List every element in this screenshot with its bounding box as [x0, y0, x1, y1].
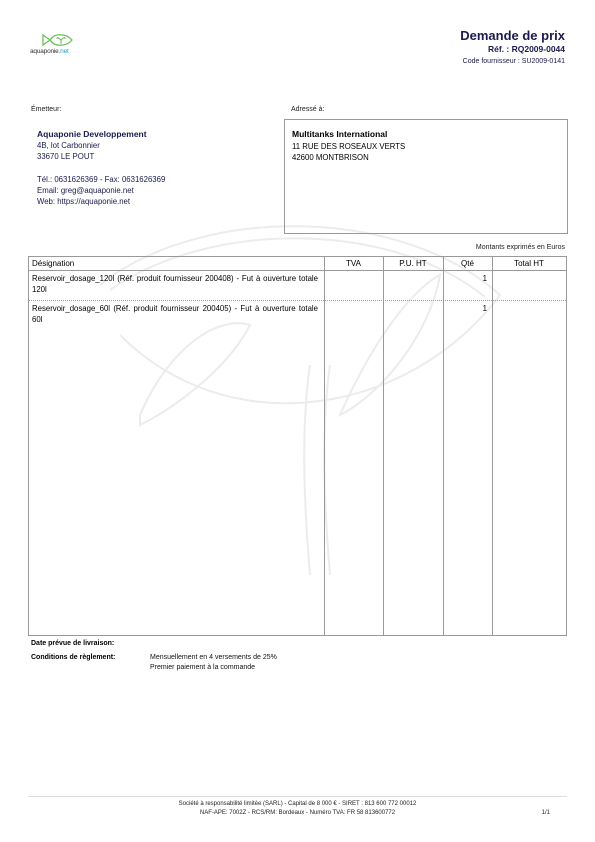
fish-sprout-icon	[42, 32, 74, 48]
table-header: Désignation TVA P.U. HT Qté Total HT	[29, 257, 566, 271]
header-total: Total HT	[492, 259, 566, 268]
recipient-name: Multitanks International	[292, 129, 387, 139]
recipient-label: Adressé à:	[291, 106, 324, 113]
sender-label: Émetteur:	[31, 106, 61, 113]
row-designation: Reservoir_dosage_60l (Réf. produit fourn…	[32, 304, 318, 325]
payment-terms-line2: Premier paiement à la commande	[150, 664, 255, 671]
sender-name: Aquaponie Developpement	[37, 129, 147, 139]
company-logo: aquaponie.net	[30, 30, 90, 58]
logo-brand-text: aquaponie.net	[30, 48, 69, 55]
sender-box: Aquaponie Developpement 4B, lot Carbonni…	[30, 120, 276, 220]
header-tva: TVA	[324, 259, 383, 268]
header-unit-price: P.U. HT	[383, 259, 443, 268]
payment-terms-label: Conditions de règlement:	[31, 654, 115, 661]
recipient-box: Multitanks International 11 RUE DES ROSE…	[284, 119, 568, 234]
row-qty: 1	[467, 304, 487, 313]
header-qty: Qté	[443, 259, 492, 268]
recipient-address-line2: 42600 MONTBRISON	[292, 153, 369, 162]
page-number: 1/1	[542, 810, 550, 816]
document-title: Demande de prix	[460, 28, 565, 43]
footer-divider	[28, 796, 567, 797]
table-row: Reservoir_dosage_60l (Réf. produit fourn…	[29, 301, 566, 330]
supplier-code: Code fournisseur : SU2009-0141	[463, 58, 565, 65]
footer-legal-line2: NAF-APE: 7002Z - RCS/RM: Bordeaux - Numé…	[0, 810, 595, 816]
sender-address-line1: 4B, lot Carbonnier	[37, 141, 100, 150]
sender-web: Web: https://aquaponie.net	[37, 197, 130, 206]
sender-address-line2: 33670 LE POUT	[37, 152, 94, 161]
recipient-address-line1: 11 RUE DES ROSEAUX VERTS	[292, 142, 405, 151]
footer-legal-line1: Société à responsabilité limitée (SARL) …	[0, 801, 595, 807]
items-table: Désignation TVA P.U. HT Qté Total HT Res…	[28, 256, 567, 636]
row-qty: 1	[467, 274, 487, 283]
currency-note: Montants exprimés en Euros	[476, 244, 565, 251]
row-designation: Reservoir_dosage_120l (Réf. produit four…	[32, 274, 318, 295]
document-reference: Réf. : RQ2009-0044	[488, 44, 565, 54]
sender-email: Email: greg@aquaponie.net	[37, 186, 134, 195]
payment-terms-line1: Mensuellement en 4 versements de 25%	[150, 654, 277, 661]
header-designation: Désignation	[32, 259, 74, 268]
table-row: Reservoir_dosage_120l (Réf. produit four…	[29, 271, 566, 301]
delivery-date-label: Date prévue de livraison:	[31, 640, 114, 647]
sender-phone-fax: Tél.: 0631626369 - Fax: 0631626369	[37, 175, 165, 184]
